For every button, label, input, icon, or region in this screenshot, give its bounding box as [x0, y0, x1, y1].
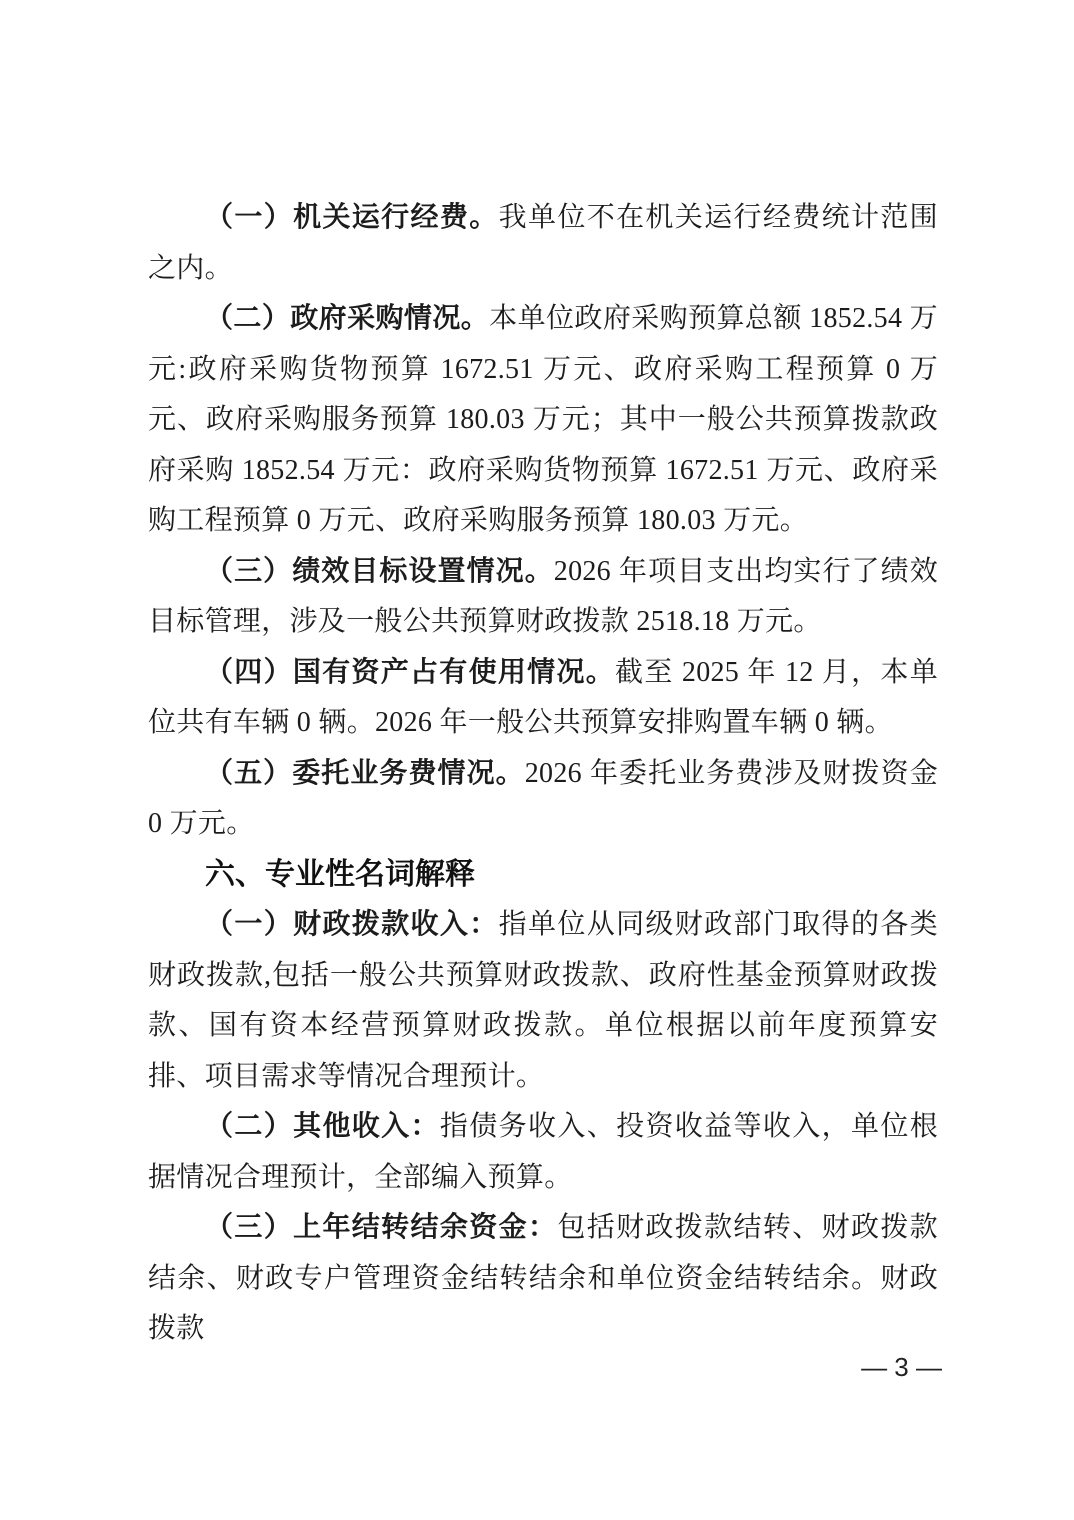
paragraph: （四）国有资产占有使用情况。截至 2025 年 12 月，本单位共有车辆 0 辆…: [148, 648, 938, 749]
paragraph-lead: （一）机关运行经费。: [205, 202, 499, 233]
paragraph: （一）机关运行经费。我单位不在机关运行经费统计范围之内。: [148, 193, 938, 294]
paragraph-lead: （二）其他收入：: [205, 1111, 440, 1142]
paragraph: （二）其他收入：指债务收入、投资收益等收入，单位根据情况合理预计，全部编入预算。: [148, 1102, 938, 1203]
paragraph: （二）政府采购情况。本单位政府采购预算总额 1852.54 万元:政府采购货物预…: [148, 294, 938, 547]
paragraph: （五）委托业务费情况。2026 年委托业务费涉及财拨资金 0 万元。: [148, 749, 938, 850]
paragraph: （三）绩效目标设置情况。2026 年项目支出均实行了绩效目标管理，涉及一般公共预…: [148, 547, 938, 648]
paragraph-text: 本单位政府采购预算总额 1852.54 万元:政府采购货物预算 1672.51 …: [148, 303, 938, 536]
paragraph: （三）上年结转结余资金：包括财政拨款结转、财政拨款结余、财政专户管理资金结转结余…: [148, 1203, 938, 1355]
paragraph-lead: （二）政府采购情况。: [205, 303, 489, 334]
page-footer: — 3 —: [861, 1352, 942, 1383]
paragraph: （一）财政拨款收入：指单位从同级财政部门取得的各类财政拨款,包括一般公共预算财政…: [148, 900, 938, 1102]
page-number: — 3 —: [861, 1352, 942, 1382]
paragraph-lead: （五）委托业务费情况。: [205, 758, 525, 789]
document-body: （一）机关运行经费。我单位不在机关运行经费统计范围之内。（二）政府采购情况。本单…: [148, 193, 938, 1355]
section-heading: 六、专业性名词解释: [148, 850, 938, 901]
paragraph-lead: （三）绩效目标设置情况。: [205, 556, 554, 587]
paragraph-lead: （四）国有资产占有使用情况。: [205, 657, 615, 688]
paragraph-lead: （三）上年结转结余资金：: [205, 1212, 557, 1243]
document-page: （一）机关运行经费。我单位不在机关运行经费统计范围之内。（二）政府采购情况。本单…: [0, 0, 1074, 1520]
paragraph-lead: （一）财政拨款收入：: [205, 909, 499, 940]
